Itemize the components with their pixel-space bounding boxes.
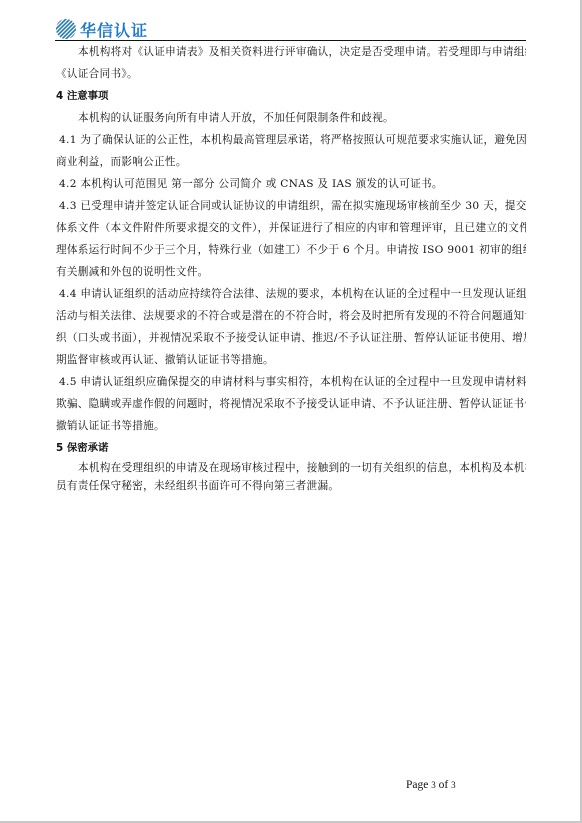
document-body: 本机构将对《认证申请表》及相关资料进行评审确认，决定是否受理申请。若受理即与申请…	[56, 41, 526, 495]
item-4-3-line: 有关删减和外包的说明性文件。	[56, 261, 526, 283]
section-5-line: 员有责任保守秘密，未经组织书面许可不得向第三者泄漏。	[56, 477, 526, 495]
item-4-4-line: 4.4 申请认证组织的活动应持续符合法律、法规的要求，本机构在认证的全过程中一旦…	[56, 283, 526, 305]
page-label: Page	[406, 779, 428, 791]
item-4-2-line: 4.2 本机构认可范围见 第一部分 公司简介 或 CNAS 及 IAS 颁发的认…	[56, 173, 526, 195]
section-5-heading: 5 保密承诺	[56, 437, 526, 459]
intro-line: 本机构将对《认证申请表》及相关资料进行评审确认，决定是否受理申请。若受理即与申请…	[56, 41, 526, 63]
section-4-heading: 4 注意事项	[56, 85, 526, 107]
page-total: 3	[451, 780, 456, 790]
page-current: 3	[431, 780, 436, 790]
logo-globe-icon	[55, 18, 77, 40]
item-4-5-line: 撤销认证证书等措施。	[56, 415, 526, 437]
item-4-5-line: 4.5 申请认证组织应确保提交的申请材料与事实相符，本机构在认证的全过程中一旦发…	[56, 371, 526, 393]
item-4-1-line: 商业利益，而影响公正性。	[56, 151, 526, 173]
item-4-3-line: 理体系运行时间不少于三个月，特殊行业（如建工）不少于 6 个月。申请按 ISO …	[56, 239, 526, 261]
item-4-1-line: 4.1 为了确保认证的公正性，本机构最高管理层承诺，将严格按照认可规范要求实施认…	[56, 129, 526, 151]
item-4-3-line: 体系文件（本文件附件所要求提交的文件），并保证进行了相应的内审和管理评审，且已建…	[56, 217, 526, 239]
intro-line: 《认证合同书》。	[56, 63, 526, 85]
item-4-4-line: 期监督审核或再认证、撤销认证证书等措施。	[56, 349, 526, 371]
item-4-4-line: 活动与相关法律、法规要求的不符合或是潜在的不符合时，将会及时把所有发现的不符合问…	[56, 305, 526, 327]
of-label: of	[439, 779, 449, 791]
section-4-intro: 本机构的认证服务向所有申请人开放，不加任何限制条件和歧视。	[56, 107, 526, 129]
logo-text: 华信认证	[80, 18, 148, 41]
page-number: Page 3 of 3	[406, 779, 456, 791]
item-4-4-line: 织（口头或书面），并视情况采取不予接受认证申请、推迟/不予认证注册、暂停认证证书…	[56, 327, 526, 349]
item-4-3-line: 4.3 已受理申请并签定认证合同或认证协议的申请组织，需在拟实施现场审核前至少 …	[56, 195, 526, 217]
item-4-5-line: 欺骗、隐瞒或弄虚作假的问题时，将视情况采取不予接受认证申请、不予认证注册、暂停认…	[56, 393, 526, 415]
page-header: 华信认证	[55, 17, 148, 41]
section-5-line: 本机构在受理组织的申请及在现场审核过程中，接触到的一切有关组织的信息，本机构及本…	[56, 459, 526, 477]
